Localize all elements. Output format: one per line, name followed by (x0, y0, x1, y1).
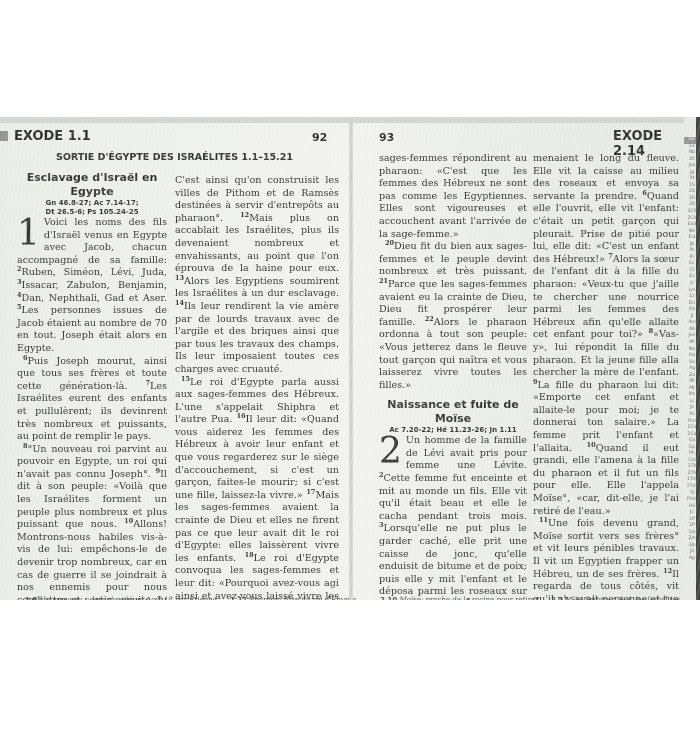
left-footnote-block: 1.8 Un nouveau… Joseph: cité en Ac 7.18 … (25, 596, 358, 600)
left-column-2: C'est ainsi qu'on construisit les villes… (175, 175, 339, 600)
book-division-title: SORTIE D'ÉGYPTE DES ISRAÉLITES 1.1–15.21 (0, 152, 349, 163)
chapter-number: 1 (17, 219, 40, 249)
verse-paragraph: 20Dieu fit du bien aux sages-femmes et l… (379, 241, 527, 392)
bible-page-spread: EXODE 1.1 92 SORTIE D'ÉGYPTE DES ISRAÉLI… (0, 117, 700, 600)
right-page: 93 EXODE 2.14 sages-femmes répondirent a… (353, 117, 683, 600)
left-column-1: Esclavage d'Israël en Egypte Gn 46.8-27;… (17, 171, 167, 600)
right-footnote-block: 2.10 Moïse: proche de la racine pour ret… (380, 596, 683, 600)
verse-paragraph: 1Voici les noms des fils d'Israël venus … (17, 217, 167, 356)
left-page-number: 92 (312, 131, 327, 144)
page-edge-shadow (696, 117, 700, 600)
verse-paragraph: 11Une fois devenu grand, Moïse sortit ve… (533, 518, 679, 600)
right-page-number: 93 (379, 131, 394, 144)
section-title: Esclavage d'Israël en Egypte (17, 171, 167, 199)
left-page: EXODE 1.1 92 SORTIE D'ÉGYPTE DES ISRAÉLI… (0, 117, 349, 600)
left-running-head: EXODE 1.1 (14, 129, 91, 144)
right-column-1: sages-femmes répondirent au pharaon: «C'… (379, 153, 527, 600)
section-refs: Ac 7.20-22; Hé 11.23-26; Jn 1.11 (379, 426, 527, 435)
page-tab-marker (0, 131, 8, 141)
verse-paragraph: 15Le roi d'Egypte parla aussi aux sages-… (175, 377, 339, 601)
section-title: Naissance et fuite de Moïse (379, 398, 527, 426)
verse-paragraph: sages-femmes répondirent au pharaon: «C'… (379, 153, 527, 241)
verse-paragraph: 6Puis Joseph mourut, ainsi que tous ses … (17, 356, 167, 444)
verse-paragraph: menaient le long du fleuve. Elle vit la … (533, 153, 679, 518)
chapter-number: 2 (379, 437, 402, 467)
verse-paragraph: C'est ainsi qu'on construisit les villes… (175, 175, 339, 377)
verse-paragraph: 2Un homme de la famille de Lévi avait pr… (379, 435, 527, 600)
right-column-2: menaient le long du fleuve. Elle vit la … (533, 153, 679, 600)
verse-paragraph: 8°Un nouveau roi parvint au pouvoir en E… (17, 444, 167, 600)
